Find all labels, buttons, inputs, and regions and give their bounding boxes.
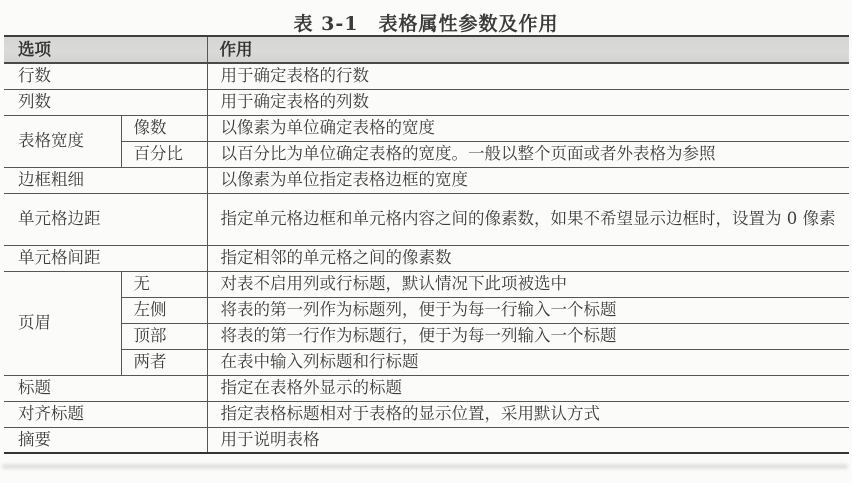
option-cell: 单元格边距 [4, 193, 207, 245]
table-caption: 表 3-1 表格属性参数及作用 [0, 0, 852, 35]
effect-cell: 对表不启用列或行标题，默认情况下此项被选中 [207, 271, 849, 297]
effect-cell: 用于确定表格的列数 [207, 89, 849, 115]
table-row-cols-count: 列数 用于确定表格的列数 [4, 89, 849, 115]
option-cell: 单元格间距 [4, 245, 207, 271]
effect-cell: 将表的第一行作为标题行，便于为每一列输入一个标题 [207, 323, 849, 349]
effect-cell: 指定表格标题相对于表格的显示位置，采用默认方式 [207, 401, 849, 427]
option-cell: 对齐标题 [4, 401, 207, 427]
effect-cell: 指定单元格边框和单元格内容之间的像素数，如果不希望显示边框时，设置为 0 像素 [207, 193, 849, 245]
table-row-align-caption: 对齐标题 指定表格标题相对于表格的显示位置，采用默认方式 [4, 401, 849, 427]
column-header-option: 选项 [4, 36, 207, 63]
sub-option-cell: 两者 [121, 349, 207, 375]
option-cell-page-header: 页眉 [4, 271, 121, 375]
effect-cell: 用于确定表格的行数 [207, 63, 849, 89]
table-row-header-both: 两者 在表中输入列标题和行标题 [4, 349, 849, 375]
header-row: 选项 作用 [4, 36, 849, 63]
sub-option-cell: 左侧 [121, 297, 207, 323]
page-edge-shadow [2, 464, 848, 469]
table-row-cell-spacing: 单元格间距 指定相邻的单元格之间的像素数 [4, 245, 849, 271]
table-row-caption: 标题 指定在表格外显示的标题 [4, 375, 849, 401]
table-row-header-none: 页眉 无 对表不启用列或行标题，默认情况下此项被选中 [4, 271, 849, 297]
table-row-rows-count: 行数 用于确定表格的行数 [4, 63, 849, 89]
effect-cell: 指定相邻的单元格之间的像素数 [207, 245, 849, 271]
effect-cell: 在表中输入列标题和行标题 [207, 349, 849, 375]
effect-cell: 指定在表格外显示的标题 [207, 375, 849, 401]
option-cell: 边框粗细 [4, 167, 207, 193]
table-row-width-pixels: 表格宽度 像数 以像素为单位确定表格的宽度 [4, 115, 849, 141]
table-attributes-reference: 选项 作用 行数 用于确定表格的行数 列数 用于确定表格的列数 表格宽度 像数 … [4, 35, 849, 454]
option-cell: 标题 [4, 375, 207, 401]
table-row-cell-padding: 单元格边距 指定单元格边框和单元格内容之间的像素数，如果不希望显示边框时，设置为… [4, 193, 849, 245]
table-row-border-thickness: 边框粗细 以像素为单位指定表格边框的宽度 [4, 167, 849, 193]
option-cell-table-width: 表格宽度 [4, 115, 121, 167]
effect-cell: 以像素为单位指定表格边框的宽度 [207, 167, 849, 193]
table-row-summary: 摘要 用于说明表格 [4, 427, 849, 453]
column-header-effect: 作用 [207, 36, 849, 63]
effect-cell: 用于说明表格 [207, 427, 849, 453]
table-row-header-left: 左侧 将表的第一列作为标题列，便于为每一行输入一个标题 [4, 297, 849, 323]
effect-cell: 以像素为单位确定表格的宽度 [207, 115, 849, 141]
sub-option-cell: 顶部 [121, 323, 207, 349]
option-cell: 摘要 [4, 427, 207, 453]
table-row-width-percent: 百分比 以百分比为单位确定表格的宽度。一般以整个页面或者外表格为参照 [4, 141, 849, 167]
option-cell: 行数 [4, 63, 207, 89]
effect-cell: 将表的第一列作为标题列，便于为每一行输入一个标题 [207, 297, 849, 323]
sub-option-cell: 百分比 [121, 141, 207, 167]
option-cell: 列数 [4, 89, 207, 115]
table-row-header-top: 顶部 将表的第一行作为标题行，便于为每一列输入一个标题 [4, 323, 849, 349]
sub-option-cell: 无 [121, 271, 207, 297]
effect-cell: 以百分比为单位确定表格的宽度。一般以整个页面或者外表格为参照 [207, 141, 849, 167]
sub-option-cell: 像数 [121, 115, 207, 141]
